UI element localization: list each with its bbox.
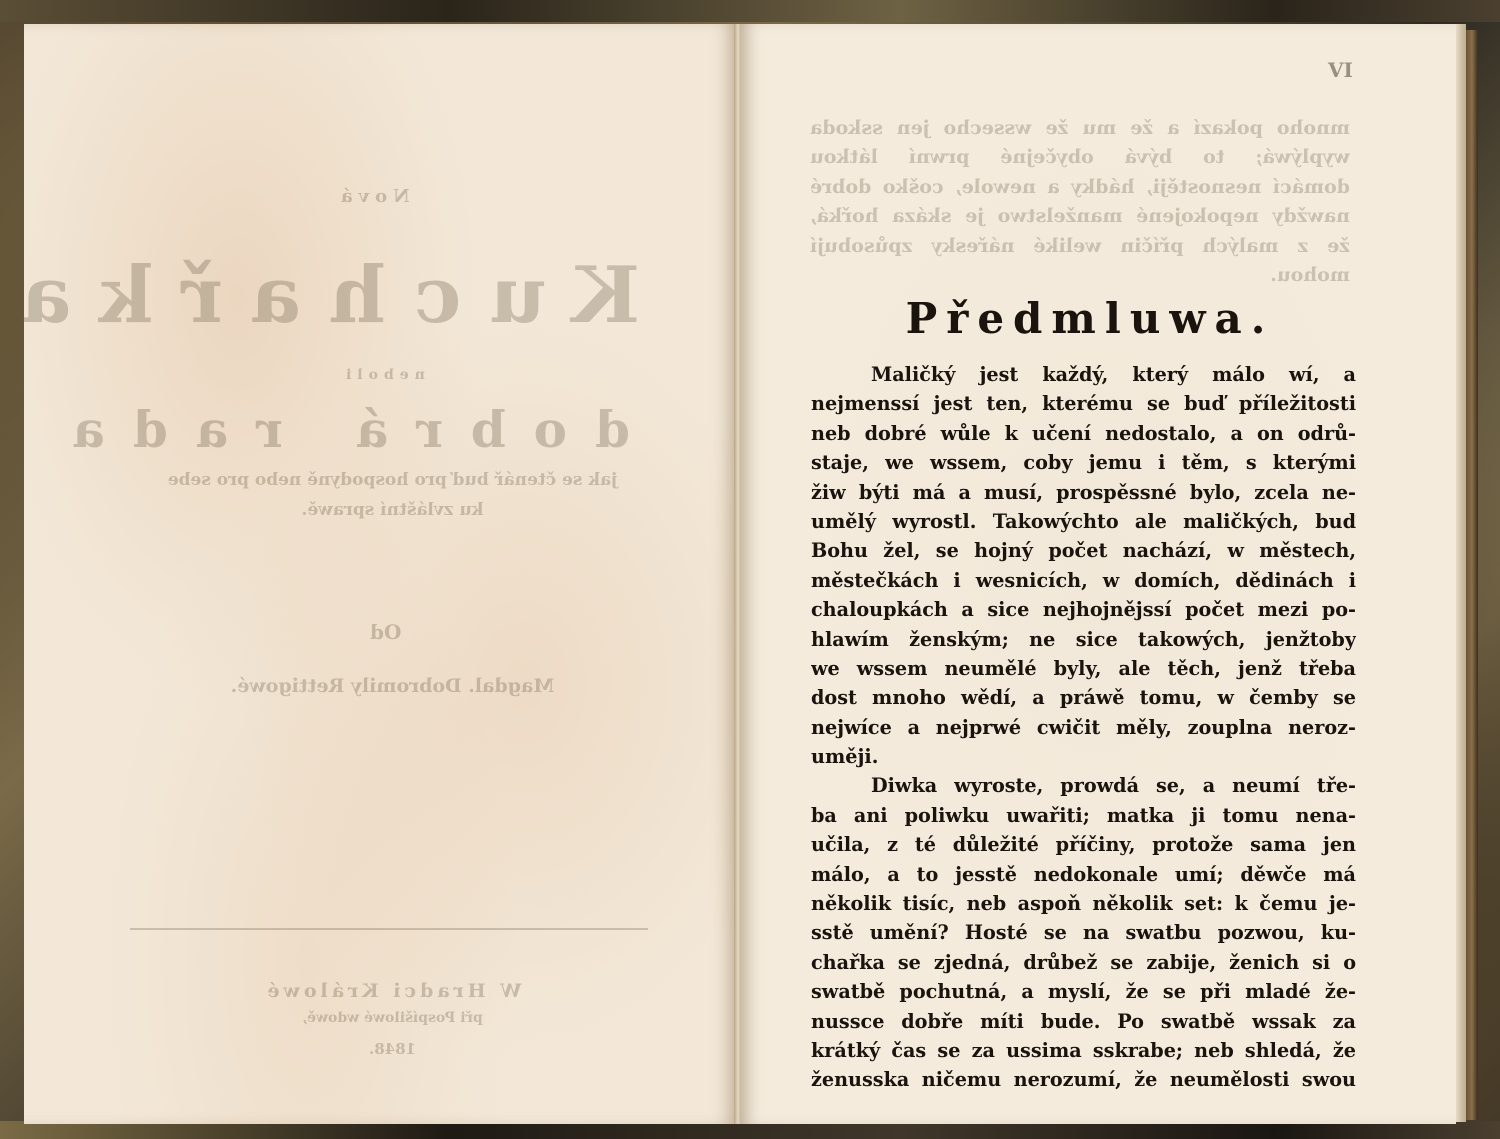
paragraph-1: Maličký jest každý, který málo wí, a nej…	[811, 360, 1356, 771]
cover-edge-right	[1466, 30, 1478, 1120]
bleed-through-desc-1: jak se čtenář buď pro hospodyně nebo pro…	[120, 470, 665, 490]
bleed-through-author: Magdal. Dobromily Rettigowé.	[120, 675, 665, 697]
bleed-through-desc-2: ku zvláštní sprawě.	[120, 500, 665, 520]
bleed-through-year: 1848.	[120, 1040, 665, 1058]
text-line: we wssem neumělé byly, ale těch, jenž tř…	[811, 654, 1356, 683]
bleed-through-line: mohou.	[810, 261, 1350, 290]
text-line: ba ani poliwku uwařiti; matka ji tomu ne…	[811, 801, 1356, 830]
text-line: krátký čas se za ussima sskrabe; neb shl…	[811, 1036, 1356, 1065]
text-line: žiw býti má a musí, prospěssné bylo, zce…	[811, 478, 1356, 507]
text-line: málo, a to jesstě nedokonale umí; děwče …	[811, 860, 1356, 889]
bleed-through-line: že z malých příčin weliké nářesky způsob…	[810, 232, 1350, 261]
bleed-through-line3: neboli	[340, 367, 425, 383]
bleed-through-subtitle: dobrá rada	[150, 400, 630, 459]
text-line: staje, we wssem, coby jemu i těm, s kter…	[811, 448, 1356, 477]
body-text: Maličký jest každý, který málo wí, a nej…	[811, 360, 1356, 1095]
bleed-through-title: Kuchařka	[120, 250, 640, 341]
text-line: hlawím ženským; ne sice takowých, jenžto…	[811, 625, 1356, 654]
text-line: nussce dobře míti bude. Po swatbě wssak …	[811, 1007, 1356, 1036]
bleed-through-line1: Nová	[335, 186, 410, 207]
page-stack-edge	[1456, 24, 1466, 1122]
text-line: nejmenssí jest ten, kterému se buď příle…	[811, 389, 1356, 418]
text-line: Maličký jest každý, který málo wí, a	[811, 360, 1356, 389]
text-line: sstě umění? Hosté se na swatbu pozwou, k…	[811, 918, 1356, 947]
bleed-through-rule	[130, 928, 648, 930]
bleed-through-text-block: mnoho pokazí a že mu že wssecho jen ssko…	[810, 114, 1350, 290]
bleed-through-line: mnoho pokazí a že mu že wssecho jen ssko…	[810, 114, 1350, 143]
text-line: ženusska ničemu nerozumí, že neumělosti …	[811, 1065, 1356, 1094]
text-line: Bohu žel, se hojný počet nachází, w měst…	[811, 536, 1356, 565]
text-line: umělý wyrostl. Takowýchto ale maličkých,…	[811, 507, 1356, 536]
book-cover-top-edge	[0, 0, 1500, 22]
bleed-through-line: wyplýwá; to bývá obyčejné prwní látkou	[810, 143, 1350, 172]
text-line: swatbě pochutná, a myslí, že se při mlad…	[811, 977, 1356, 1006]
text-line: městečkách i wesnicích, w domích, dědiná…	[811, 566, 1356, 595]
bleed-through-publisher: W Hradci Králowé	[120, 980, 665, 1002]
bleed-through-publisher-2: při Pospíšilowé wdowě,	[120, 1010, 665, 1026]
text-line: uměji.	[811, 742, 1356, 771]
page-number: VI	[1328, 58, 1353, 82]
text-line: chařka se zjedná, drůbež se zabije, ženi…	[811, 948, 1356, 977]
bleed-through-line: nawždy nepokojené manželstwo je skáza ho…	[810, 202, 1350, 231]
text-line: neb dobré wůle k učení nedostalo, a on o…	[811, 419, 1356, 448]
bleed-through-line: domácí nesnostěji, hádky a newole, coško…	[810, 173, 1350, 202]
text-line: několik tisíc, neb aspoň několik set: k …	[811, 889, 1356, 918]
text-line: chaloupkách a sice nejhojnějssí počet me…	[811, 595, 1356, 624]
text-line: Diwka wyroste, prowdá se, a neumí tře-	[811, 771, 1356, 800]
text-line: dost mnoho wědí, a práwě tomu, w čemby s…	[811, 683, 1356, 712]
bleed-through-by: Od	[370, 620, 401, 644]
text-line: učila, z té důležité příčiny, protože sa…	[811, 830, 1356, 859]
paragraph-2: Diwka wyroste, prowdá se, a neumí tře- b…	[811, 771, 1356, 1094]
chapter-heading: Předmluwa.	[800, 294, 1380, 343]
text-line: nejwíce a nejprwé cwičit měly, zouplna n…	[811, 713, 1356, 742]
